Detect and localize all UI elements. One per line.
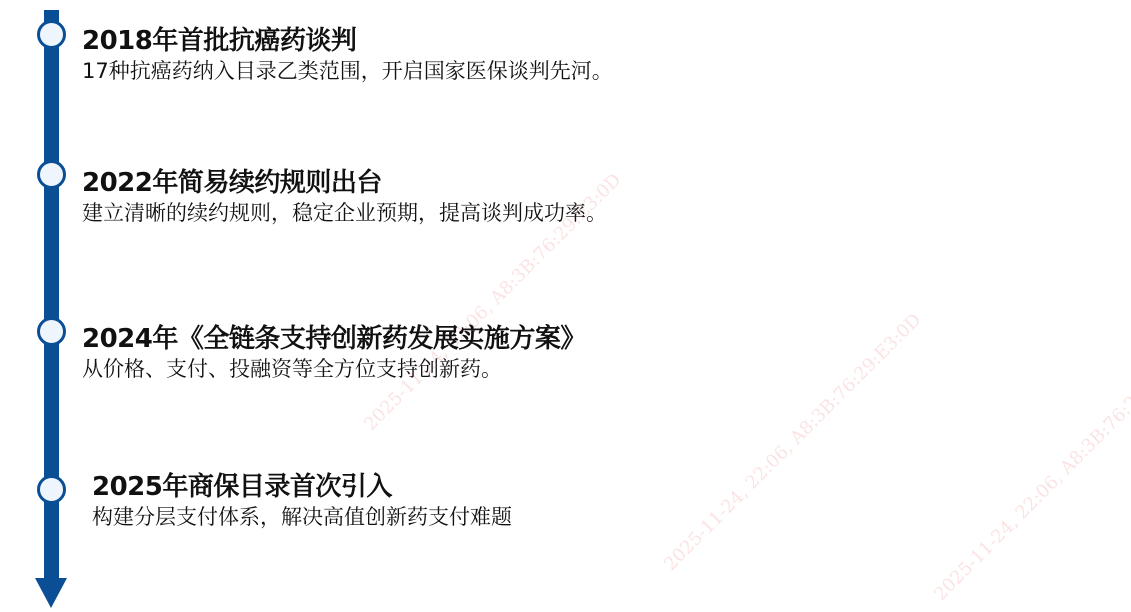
timeline-node bbox=[37, 317, 66, 346]
timeline-node bbox=[37, 475, 66, 504]
timeline-item: 2018年首批抗癌药谈判 17种抗癌药纳入目录乙类范围，开启国家医保谈判先河。 bbox=[82, 25, 613, 85]
item-title: 2018年首批抗癌药谈判 bbox=[82, 25, 613, 57]
timeline-item: 2022年简易续约规则出台 建立清晰的续约规则，稳定企业预期，提高谈判成功率。 bbox=[82, 167, 607, 227]
item-desc: 建立清晰的续约规则，稳定企业预期，提高谈判成功率。 bbox=[82, 199, 607, 227]
item-title: 2024年《全链条支持创新药发展实施方案》 bbox=[82, 323, 586, 355]
item-desc: 17种抗癌药纳入目录乙类范围，开启国家医保谈判先河。 bbox=[82, 57, 613, 85]
item-title: 2025年商保目录首次引入 bbox=[92, 471, 512, 503]
timeline-node bbox=[37, 20, 66, 49]
item-desc: 构建分层支付体系，解决高值创新药支付难题 bbox=[92, 503, 512, 531]
timeline-item: 2024年《全链条支持创新药发展实施方案》 从价格、支付、投融资等全方位支持创新… bbox=[82, 323, 586, 383]
arrow-down-icon bbox=[35, 578, 67, 608]
timeline-node bbox=[37, 160, 66, 189]
item-title: 2022年简易续约规则出台 bbox=[82, 167, 607, 199]
item-desc: 从价格、支付、投融资等全方位支持创新药。 bbox=[82, 355, 586, 383]
watermark: 2025-11-24, 22:06, A8:3B:76:29:E3:0D bbox=[930, 339, 1131, 604]
timeline-item: 2025年商保目录首次引入 构建分层支付体系，解决高值创新药支付难题 bbox=[92, 471, 512, 531]
watermark: 2025-11-24, 22:06, A8:3B:76:29:E3:0D bbox=[660, 309, 925, 574]
